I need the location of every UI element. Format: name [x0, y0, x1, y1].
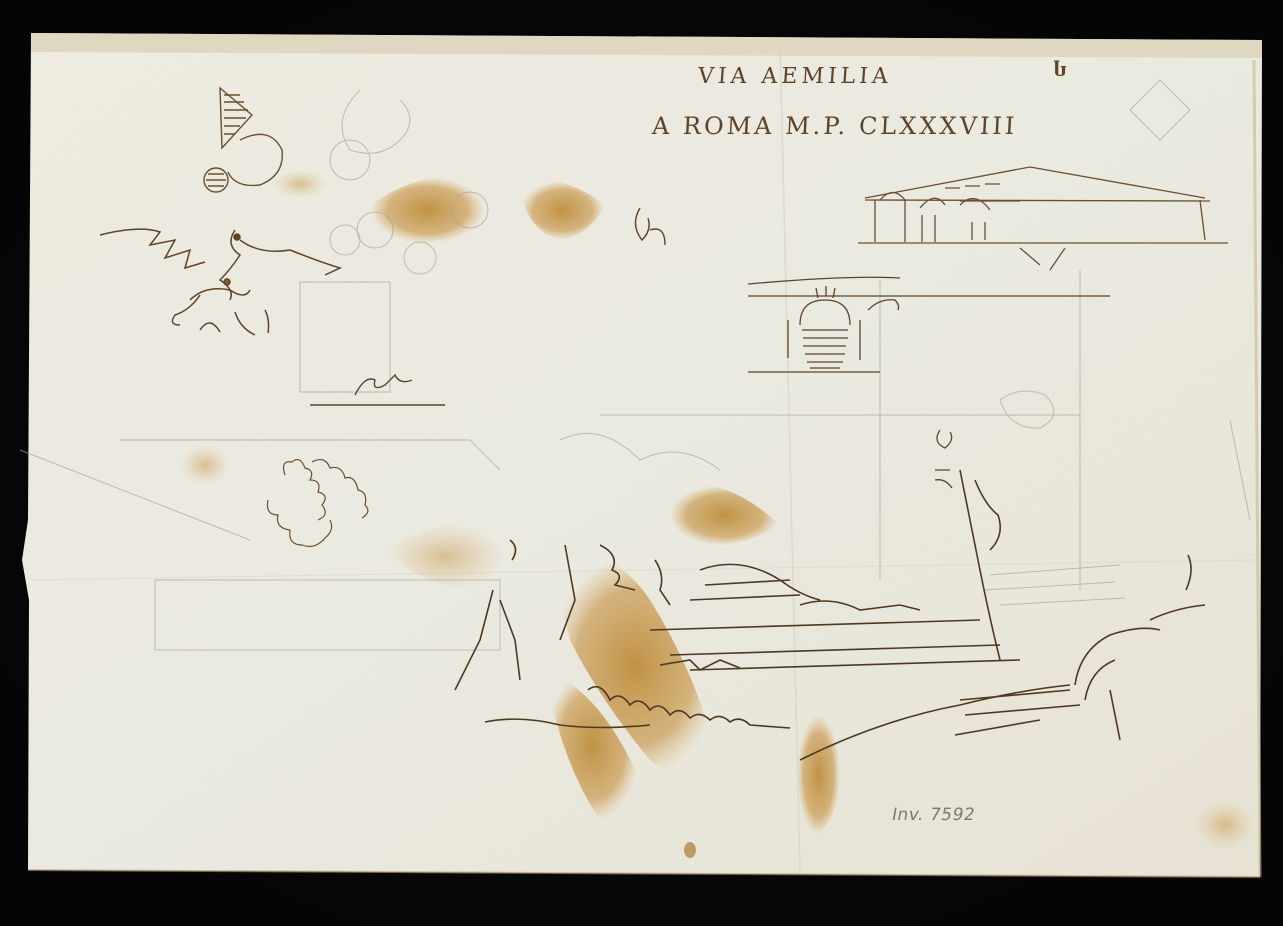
inventory-number: Inv. 7592 [890, 805, 977, 825]
inscription-distance-from-rome: A ROMA M.P. CLXXXVIII [651, 112, 1018, 140]
inscription-via-aemilia: VIA AEMILIA [697, 64, 893, 89]
drawing-sheet [0, 0, 1283, 926]
monogram-mark: Ⴑ [1053, 60, 1067, 81]
